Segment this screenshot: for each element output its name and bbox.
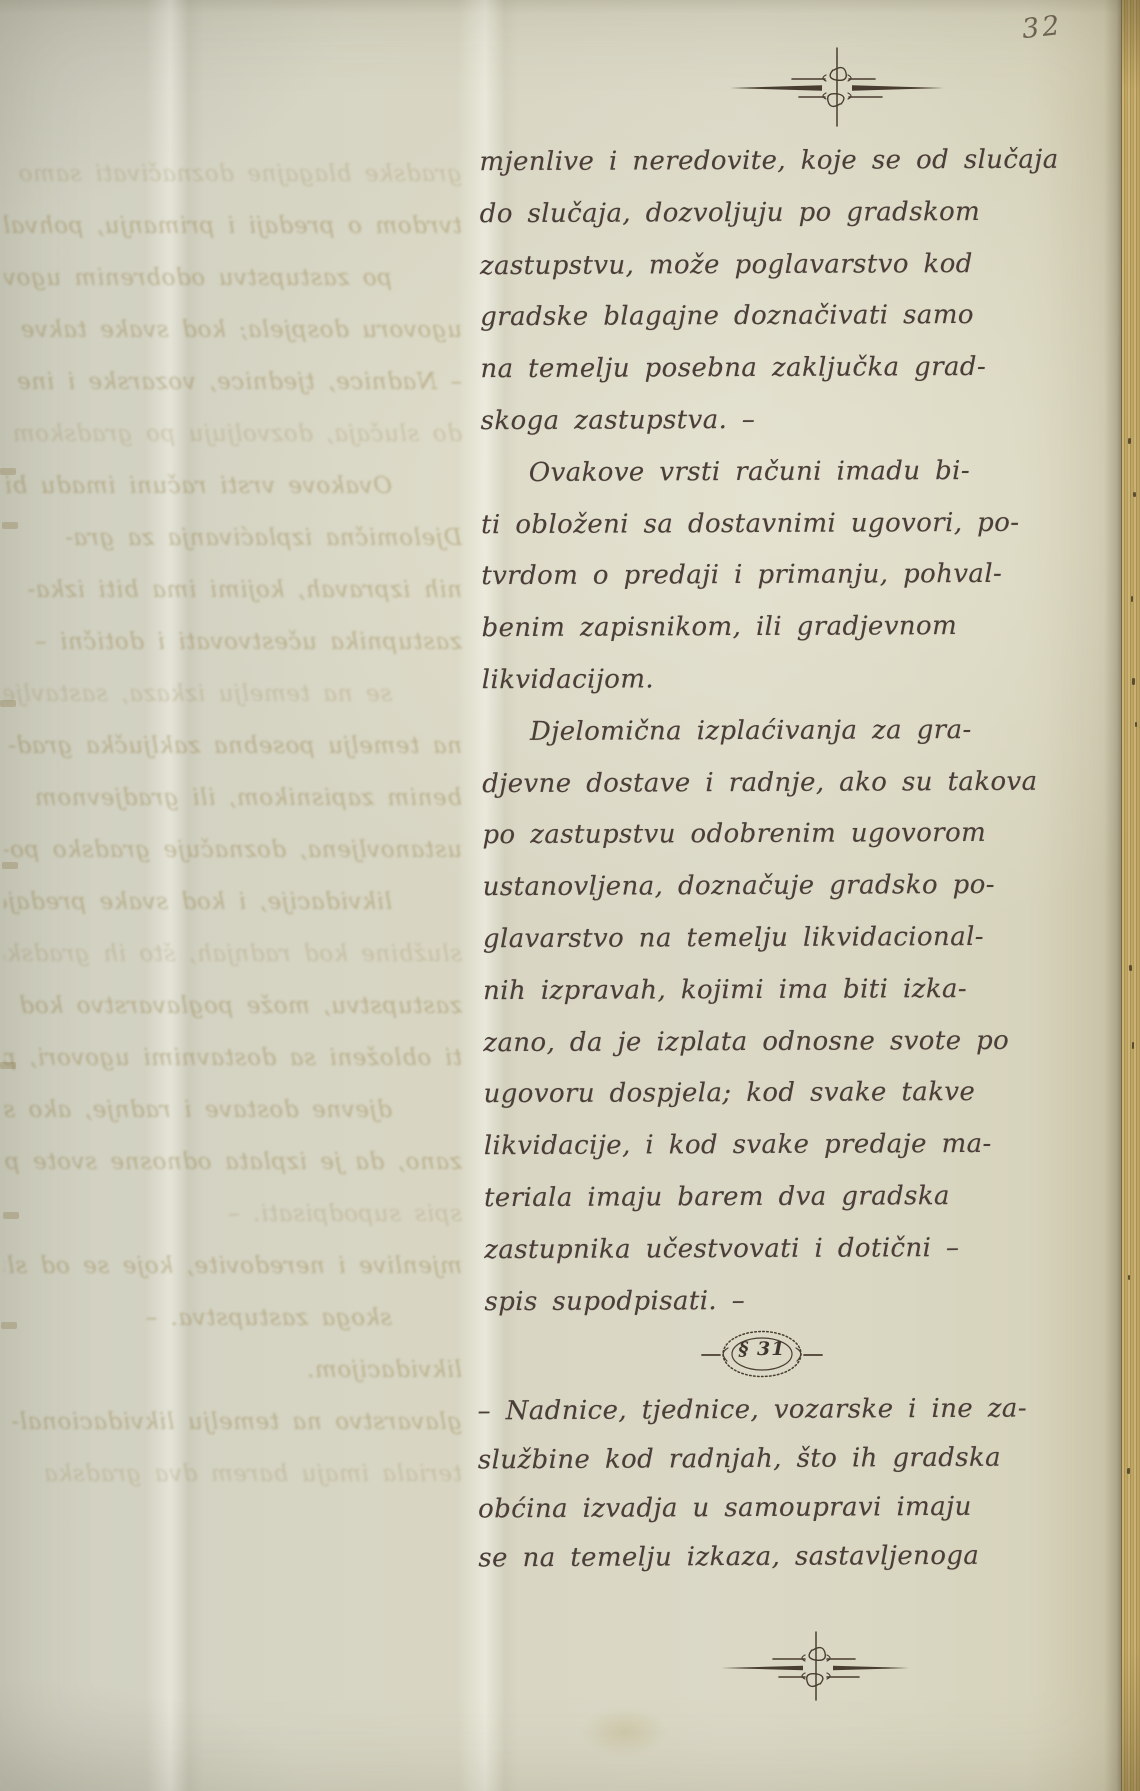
handwritten-line: zano, da je izplata odnosne svote po — [483, 1015, 1008, 1069]
handwritten-line: Djelomična izplaćivanja za gra- — [482, 705, 1007, 759]
showthrough-line: zano, da je izplata odnosne svote po — [4, 1136, 462, 1188]
manuscript-text-block-2: – Nadnice, tjednice, vozarske i ine za-s… — [477, 1385, 1008, 1584]
handwritten-line: Ovakove vrsti računi imadu bi- — [481, 446, 1006, 500]
showthrough-line: na temelju posebna zaključka grad- — [4, 720, 462, 772]
showthrough-line: teriala imaju barem dva gradska — [4, 1448, 462, 1500]
ink-speck — [1128, 1275, 1130, 1280]
verso-showthrough-text: gradske blagajne doznačivati samotvrdom … — [4, 148, 462, 1500]
handwritten-line: glavarstvo na temelju likvidacional- — [483, 912, 1008, 966]
handwritten-line: ugovoru dospjela; kod svake takve — [483, 1067, 1008, 1121]
showthrough-line: ti obloženi sa dostavnimi ugovori, po- — [4, 1032, 462, 1084]
edge-showthrough-mark — [0, 700, 16, 707]
showthrough-line: se na temelju izkaza, sastavljenoga — [4, 668, 462, 720]
showthrough-line: ustanovljena, doznačuje gradsko po- — [4, 824, 462, 876]
ink-speck — [1131, 596, 1133, 602]
ink-speck — [1135, 722, 1137, 727]
showthrough-line: zastupstvu, može poglavarstvo kod — [4, 980, 462, 1032]
handwritten-line: spis supodpisati. – — [484, 1274, 1009, 1328]
section-31-label: § 31 — [700, 1338, 824, 1360]
showthrough-line: ugovoru dospjela; kod svake takve — [4, 304, 462, 356]
showthrough-line: glavarstvo na temelju likvidacional- — [4, 1396, 462, 1448]
handwritten-line: skoga zastupstva. – — [481, 394, 1006, 448]
showthrough-line: mjenlive i neredovite, koje se od slučaj… — [4, 1240, 462, 1292]
showthrough-line: gradske blagajne doznačivati samo — [4, 148, 462, 200]
showthrough-line: benim zapisnikom, ili gradjevnom — [4, 772, 462, 824]
showthrough-line: djevne dostave i radnje, ako su takova — [4, 1084, 462, 1136]
showthrough-line: po zastupstvu odobrenim ugovorom — [4, 252, 462, 304]
handwritten-line: po zastupstvu odobrenim ugovorom — [482, 808, 1007, 862]
ink-speck — [1132, 1042, 1134, 1049]
top-flourish-divider-icon — [722, 42, 952, 132]
manuscript-text-block: mjenlive i neredovite, koje se od slučaj… — [479, 135, 1009, 1329]
edge-showthrough-mark — [0, 468, 16, 475]
handwritten-line: ti obloženi sa dostavnimi ugovori, po- — [481, 497, 1006, 551]
handwritten-line: nih izpravah, kojimi ima biti izka- — [483, 964, 1008, 1018]
handwritten-line: – Nadnice, tjednice, vozarske i ine za- — [477, 1385, 1007, 1437]
handwritten-line: službine kod radnjah, što ih gradska — [478, 1434, 1008, 1486]
ink-speck — [1128, 438, 1131, 444]
handwritten-line: djevne dostave i radnje, ako su takova — [482, 756, 1007, 810]
section-31-cartouche: § 31 — [700, 1328, 824, 1380]
handwritten-line: teriala imaju barem dva gradska — [484, 1171, 1009, 1225]
page-number: 32 — [1020, 10, 1063, 45]
edge-showthrough-mark — [3, 1212, 19, 1219]
ink-speck — [1127, 1468, 1130, 1474]
showthrough-line: do slučaja, dozvoljuju po gradskom — [4, 408, 462, 460]
showthrough-line: Ovakove vrsti računi imadu bi- — [4, 460, 462, 512]
showthrough-line: skoga zastupstva. – — [4, 1292, 462, 1344]
showthrough-line: službine kod radnjah, što ih gradska — [4, 928, 462, 980]
manuscript-page-scan: gradske blagajne doznačivati samotvrdom … — [0, 0, 1140, 1791]
showthrough-line: likvidacijom. — [4, 1344, 462, 1396]
handwritten-line: zastupstvu, može poglavarstvo kod — [480, 238, 1005, 292]
handwritten-line: mjenlive i neredovite, koje se od slučaj… — [479, 135, 1004, 189]
showthrough-line: – Nadnice, tjednice, vozarske i ine za- — [4, 356, 462, 408]
ink-speck — [1133, 492, 1136, 497]
edge-showthrough-mark — [2, 862, 18, 869]
ink-speck — [1132, 678, 1135, 685]
showthrough-line: nih izpravah, kojimi ima biti izka- — [4, 564, 462, 616]
book-fore-edge — [1121, 0, 1140, 1791]
showthrough-line: Djelomična izplaćivanja za gra- — [4, 512, 462, 564]
bottom-flourish-divider-icon — [715, 1628, 915, 1704]
handwritten-line: gradske blagajne doznačivati samo — [480, 290, 1005, 344]
edge-showthrough-mark — [0, 1062, 16, 1069]
handwritten-line: se na temelju izkaza, sastavljenoga — [478, 1532, 1008, 1584]
showthrough-line: tvrdom o predaji i primanju, pohval- — [4, 200, 462, 252]
paper-stain — [580, 1706, 670, 1758]
edge-showthrough-mark — [1, 1322, 17, 1329]
page-edge-shadow — [1104, 0, 1122, 1791]
handwritten-line: tvrdom o predaji i primanju, pohval- — [481, 549, 1006, 603]
showthrough-line: spis supodpisati. – — [4, 1188, 462, 1240]
showthrough-line: zastupnika učestvovati i dotični – — [4, 616, 462, 668]
handwritten-line: benim zapisnikom, ili gradjevnom — [481, 601, 1006, 655]
showthrough-line: likvidacije, i kod svake predaje ma- — [4, 876, 462, 928]
handwritten-line: likvidacije, i kod svake predaje ma- — [484, 1119, 1009, 1173]
edge-showthrough-mark — [2, 522, 18, 529]
handwritten-line: ustanovljena, doznačuje gradsko po- — [483, 860, 1008, 914]
handwritten-line: na temelju posebna zaključka grad- — [480, 342, 1005, 396]
handwritten-line: obćina izvadja u samoupravi imaju — [478, 1483, 1008, 1535]
paper-crease-left — [146, 0, 204, 1791]
handwritten-line: do slučaja, dozvoljuju po gradskom — [480, 187, 1005, 241]
handwritten-line: likvidacijom. — [482, 653, 1007, 707]
handwritten-line: zastupnika učestvovati i dotični – — [484, 1223, 1009, 1277]
ink-speck — [1129, 965, 1132, 971]
